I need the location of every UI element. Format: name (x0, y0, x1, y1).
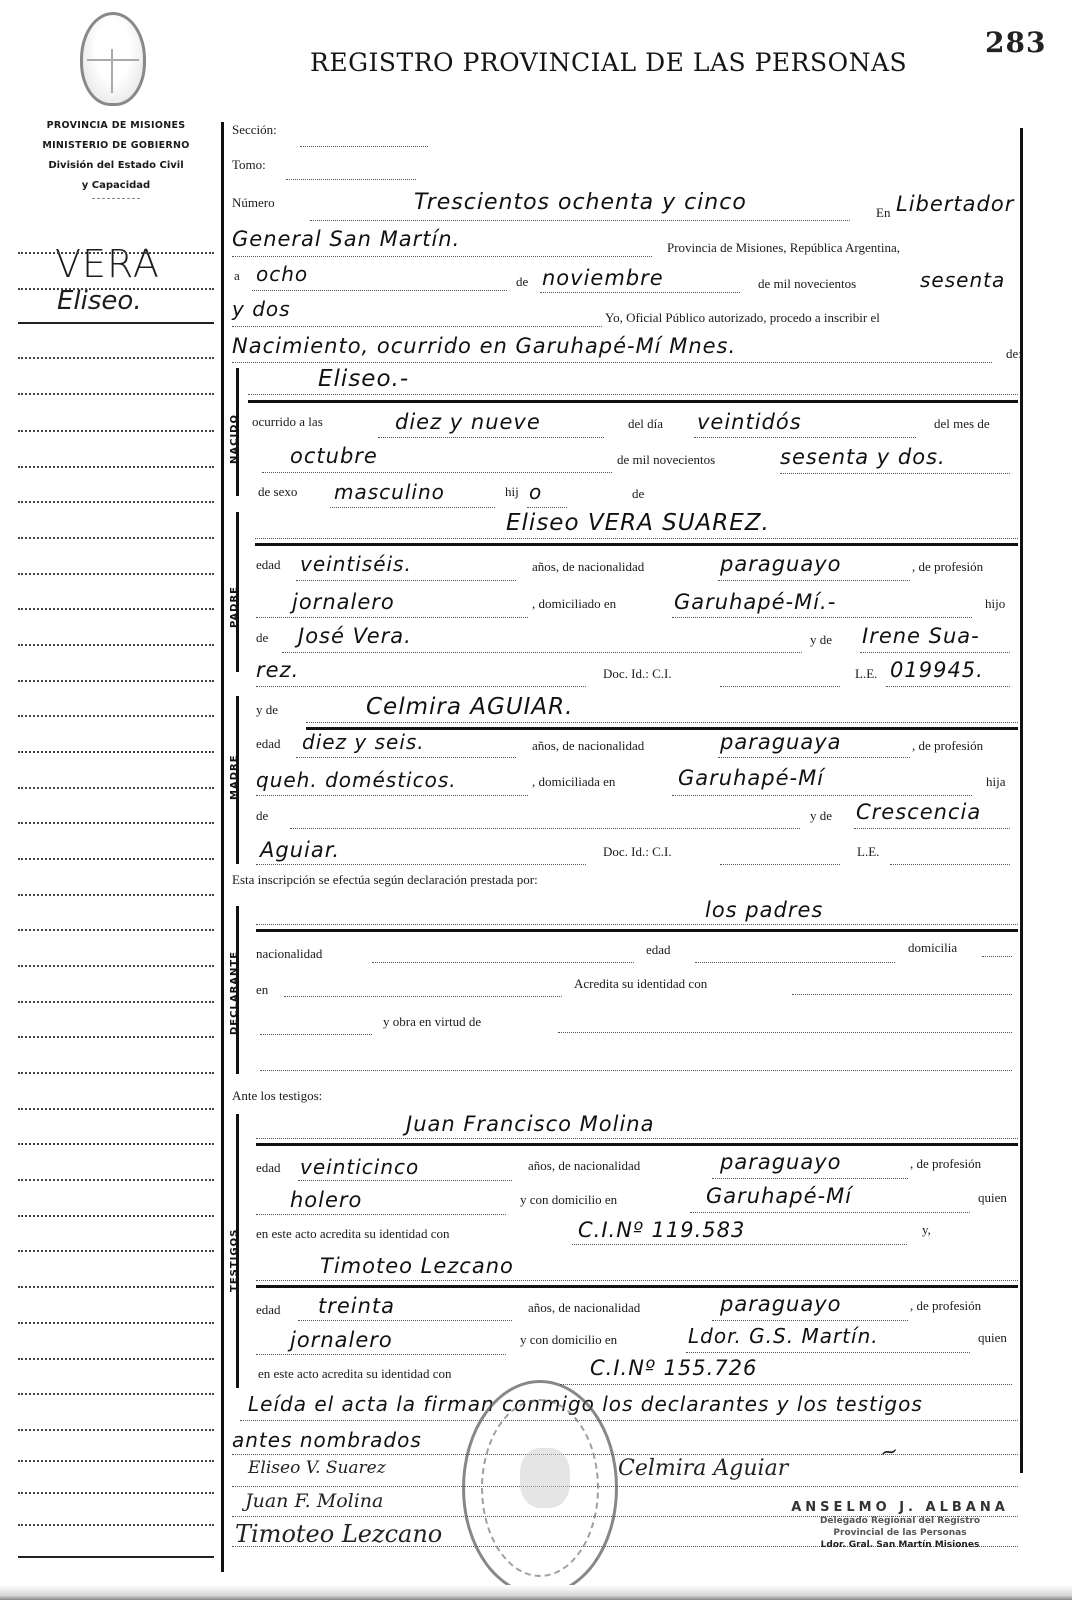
margin-line (18, 1460, 214, 1462)
coat-of-arms-icon (80, 12, 146, 106)
declarant-identity-label: Acredita su identidad con (574, 976, 707, 992)
paternal-grandfather-value[interactable]: José Vera. (298, 624, 412, 648)
mother-profession-label: , de profesión (912, 738, 983, 754)
child-name-line (248, 394, 1018, 395)
witness2-nationality-label: años, de nacionalidad (528, 1300, 640, 1316)
mother-child-label: hija (986, 774, 1006, 790)
declarant-domicile-label: domicilia (908, 940, 957, 956)
margin-given-name: Eliseo. (57, 286, 142, 316)
margin-line (18, 537, 214, 539)
declarant-identity-field[interactable] (792, 994, 1012, 995)
father-child-label: hijo (985, 596, 1005, 612)
margin-line (18, 573, 214, 575)
numero-value[interactable]: Trescientos ochenta y cinco (414, 190, 747, 215)
margin-line (18, 680, 214, 682)
witness1-identity[interactable]: C.I.Nº 119.583 (578, 1218, 745, 1242)
margin-line (18, 751, 214, 753)
mother-nationality-value[interactable]: paraguaya (720, 730, 842, 754)
father-le-line (886, 686, 1010, 687)
margin-line (18, 430, 214, 432)
witness2-name[interactable]: Timoteo Lezcano (320, 1254, 514, 1278)
paternal-grandfather-line (282, 652, 802, 653)
witness1-nationality-line (712, 1178, 908, 1179)
testigos-intro: Ante los testigos: (232, 1088, 322, 1104)
witness2-profession-line (256, 1354, 506, 1355)
margin-line (18, 929, 214, 931)
witness2-domicile[interactable]: Ldor. G.S. Martín. (688, 1324, 879, 1348)
margin-line (18, 1072, 214, 1074)
declarant-nationality-field[interactable] (372, 962, 634, 963)
birth-year-label: de mil novecientos (617, 452, 715, 468)
mother-y-de-label: y de (256, 702, 278, 718)
witness2-quien-label: quien (978, 1330, 1007, 1346)
witness2-domicile-label: y con domicilio en (520, 1332, 617, 1348)
margin-line (18, 1179, 214, 1181)
numero-label: Número (232, 195, 275, 211)
margin-line (18, 288, 214, 290)
declarant-virtue-field[interactable] (558, 1032, 1012, 1033)
closing-line-2: antes nombrados (232, 1428, 422, 1452)
maternal-grandmother-line (854, 828, 1010, 829)
margin-line (18, 1524, 214, 1526)
mother-y-de-label-2: y de (810, 808, 832, 824)
mother-name-line (306, 722, 1018, 723)
right-border (1020, 128, 1023, 1473)
witness2-age-line (298, 1320, 512, 1321)
margin-line (18, 858, 214, 860)
margin-line (18, 1143, 214, 1145)
nacido-section-label: NACIDO (229, 414, 240, 464)
maternal-grandmother-line-2 (256, 864, 586, 865)
margin-line (18, 322, 214, 324)
month-value[interactable]: noviembre (542, 266, 664, 290)
margin-line (18, 501, 214, 503)
divider (92, 198, 140, 200)
divider (256, 929, 1018, 932)
father-domicile-label: , domiciliado en (532, 596, 616, 612)
year-field-line (232, 326, 602, 327)
mother-age-label: edad (256, 736, 281, 752)
witness1-domicile[interactable]: Garuhapé-Mí (706, 1184, 852, 1208)
testigos-section-label: TESTIGOS (229, 1229, 240, 1292)
birth-year-value[interactable]: sesenta y dos. (780, 445, 946, 469)
witness1-identity-line (572, 1244, 907, 1245)
father-nationality-line (718, 580, 910, 581)
witness2-profession[interactable]: jornalero (290, 1328, 393, 1352)
official-place: Ldor. Gral. San Martín Misiones (770, 1539, 1030, 1552)
witness1-age-line (298, 1180, 512, 1181)
witness1-age-label: edad (256, 1160, 281, 1176)
child-suffix[interactable]: o (529, 480, 542, 504)
locality-value-1[interactable]: Libertador (896, 192, 1014, 216)
month-field-line (540, 292, 740, 293)
hour-value[interactable]: diez y nueve (395, 410, 541, 434)
month-label: del mes de (934, 416, 990, 432)
father-profession-value[interactable]: jornalero (292, 590, 395, 614)
signature-witness-1: Juan F. Molina (245, 1490, 383, 1512)
official-role-2: Provincial de las Personas (770, 1527, 1030, 1539)
mother-ci-field[interactable] (720, 864, 840, 865)
child-suffix-line (527, 507, 567, 508)
margin-line (18, 1001, 214, 1003)
father-domicile-value[interactable]: Garuhapé-Mí.- (674, 590, 836, 614)
de-label: de (632, 486, 644, 502)
witness1-nationality[interactable]: paraguayo (720, 1150, 842, 1174)
father-age-label: edad (256, 557, 281, 573)
witness2-domicile-line (686, 1352, 970, 1353)
witness1-domicile-line (690, 1212, 970, 1213)
de-colon-label: de: (1006, 346, 1022, 362)
father-domicile-line (672, 617, 972, 618)
signature-mother: Celmira Aguiar (618, 1456, 788, 1481)
witness1-domicile-label: y con domicilio en (520, 1192, 617, 1208)
birth-year-line (780, 473, 1010, 474)
year-label: de mil novecientos (758, 276, 856, 292)
agency-capacity: y Capacidad (18, 176, 214, 196)
margin-line (18, 1108, 214, 1110)
witness2-name-line (256, 1280, 1018, 1281)
tomo-field[interactable] (286, 179, 416, 180)
father-nationality-value[interactable]: paraguayo (720, 552, 842, 576)
paternal-grandmother-line-2 (256, 686, 586, 687)
witness1-profession[interactable]: holero (290, 1188, 362, 1212)
document-title: REGISTRO PROVINCIAL DE LAS PERSONAS (310, 48, 907, 77)
father-doc-label: Doc. Id.: C.I. (603, 666, 672, 682)
witness1-age[interactable]: veinticinco (300, 1155, 419, 1179)
declarante-section-label: DECLARANTE (229, 951, 240, 1035)
mother-le-field[interactable] (890, 864, 1010, 865)
divider (248, 400, 1018, 403)
margin-line (18, 252, 214, 254)
father-y-de-label: y de (810, 632, 832, 648)
en-label: En (876, 205, 890, 221)
divider (255, 543, 1018, 546)
margin-line (18, 715, 214, 717)
declarant-extra-field[interactable] (260, 1034, 372, 1035)
father-ci-field[interactable] (720, 686, 840, 687)
margin-surname: VERA (55, 242, 160, 286)
margin-line (18, 894, 214, 896)
witness1-profession-line (256, 1214, 506, 1215)
maternal-grandfather-field[interactable] (290, 828, 800, 829)
father-de-label: de (256, 630, 268, 646)
signature-witness-2: Timoteo Lezcano (235, 1520, 442, 1548)
mother-domicile-line (672, 795, 972, 796)
maternal-grandmother-value-1[interactable]: Crescencia (856, 800, 981, 824)
birth-month-value[interactable]: octubre (290, 444, 378, 468)
father-profession-label: , de profesión (912, 559, 983, 575)
father-nationality-label: años, de nacionalidad (532, 559, 644, 575)
mother-profession-line (256, 795, 528, 796)
mother-de-label: de (256, 808, 268, 824)
act-field-line (232, 362, 992, 363)
witness2-age-label: edad (256, 1302, 281, 1318)
paternal-grandmother-value-1[interactable]: Irene Sua- (862, 624, 980, 648)
year-value-1[interactable]: sesenta (920, 268, 1005, 292)
day-value[interactable]: ocho (256, 262, 308, 286)
closing-line-2-rule (232, 1454, 1018, 1455)
official-text: Yo, Oficial Público autorizado, procedo … (605, 310, 880, 326)
witness2-age[interactable]: treinta (318, 1294, 395, 1318)
margin-line (18, 1556, 214, 1558)
divider (256, 1143, 1018, 1146)
seal-emblem-icon (520, 1448, 570, 1508)
mother-nationality-line (718, 757, 910, 758)
day-label: del día (628, 416, 663, 432)
agency-block: PROVINCIA DE MISIONES MINISTERIO DE GOBI… (18, 116, 214, 200)
margin-line (18, 787, 214, 789)
official-signature: ~ (878, 1438, 901, 1466)
father-le-value[interactable]: 019945. (890, 658, 984, 682)
declarant-nationality-label: nacionalidad (256, 946, 322, 962)
declarant-en-label: en (256, 982, 268, 998)
province-text: Provincia de Misiones, República Argenti… (667, 240, 900, 256)
declarant-domicile-field[interactable] (982, 956, 1012, 957)
sex-label: de sexo (258, 484, 297, 500)
declarant-age-field[interactable] (695, 962, 895, 963)
child-label: hij (505, 484, 519, 500)
paternal-grandmother-value-2[interactable]: rez. (256, 658, 299, 682)
closing-line-1-rule (240, 1420, 1018, 1421)
father-profession-line (256, 617, 528, 618)
mother-doc-label: Doc. Id.: C.I. (603, 844, 672, 860)
act-value[interactable]: Nacimiento, ocurrido en Garuhapé-Mí Mnes… (232, 334, 736, 358)
hour-label: ocurrido a las (252, 414, 323, 430)
witness2-nationality-line (712, 1320, 908, 1321)
margin-line (18, 466, 214, 468)
witness2-profession-label: , de profesión (910, 1298, 981, 1314)
signature-father: Eliseo V. Suarez (248, 1458, 386, 1478)
margin-line (18, 1286, 214, 1288)
numero-field-line (310, 220, 850, 221)
margin-line (18, 1322, 214, 1324)
day-field-line (252, 290, 507, 291)
year-value-2[interactable]: y dos (232, 297, 291, 321)
de-label: de (516, 274, 528, 290)
witness1-profession-label: , de profesión (910, 1156, 981, 1172)
declarante-intro: Esta inscripción se efectúa según declar… (232, 872, 538, 888)
seccion-label: Sección: (232, 122, 277, 138)
mother-le-label: L.E. (857, 844, 879, 860)
sex-value[interactable]: masculino (334, 480, 445, 504)
margin-line (18, 1036, 214, 1038)
madre-section-label: MADRE (229, 754, 240, 800)
declarant-name-line (256, 924, 1018, 925)
margin-line (18, 822, 214, 824)
father-le-label: L.E. (855, 666, 877, 682)
agency-province: PROVINCIA DE MISIONES (18, 116, 214, 136)
father-age-value[interactable]: veintiséis. (300, 552, 412, 576)
paternal-grandmother-line (860, 652, 1010, 653)
margin-divider (221, 122, 224, 1572)
sex-field-line (330, 507, 495, 508)
margin-line (18, 1358, 214, 1360)
margin-line (18, 1492, 214, 1494)
page-number: 283 (985, 26, 1046, 59)
margin-line (18, 1393, 214, 1395)
birth-day-value[interactable]: veintidós (697, 410, 802, 434)
official-role-1: Delegado Regional del Registro (770, 1515, 1030, 1527)
declarant-age-label: edad (646, 942, 671, 958)
birth-month-line (262, 472, 612, 473)
page-edge (0, 1585, 1072, 1600)
witness1-identity-label: en este acto acredita su identidad con (256, 1226, 449, 1242)
father-age-line (296, 580, 516, 581)
agency-division: División del Estado Civil (18, 156, 214, 176)
margin-line (18, 357, 214, 359)
mother-profession-value[interactable]: queh. domésticos. (256, 768, 457, 792)
witness1-end-label: y, (922, 1222, 931, 1238)
child-name-value[interactable]: Eliseo.- (318, 366, 409, 392)
locality-field-line (232, 256, 652, 257)
signature-line-1 (232, 1486, 1018, 1487)
seccion-field[interactable] (300, 146, 428, 147)
mother-age-value[interactable]: diez y seis. (302, 730, 425, 754)
hour-field-line (378, 437, 604, 438)
official-stamp: ANSELMO J. ALBANA Delegado Regional del … (770, 1500, 1030, 1552)
margin-line (18, 1429, 214, 1431)
witness2-identity[interactable]: C.I.Nº 155.726 (590, 1356, 757, 1380)
father-name-line (255, 538, 1018, 539)
witness2-identity-line (560, 1384, 1012, 1385)
declarant-en-field[interactable] (284, 996, 562, 997)
declarant-virtue-label: y obra en virtud de (383, 1014, 481, 1030)
margin-line (18, 644, 214, 646)
father-name-value[interactable]: Eliseo VERA SUAREZ. (506, 510, 770, 536)
margin-line (18, 965, 214, 967)
declarant-extra-line[interactable] (260, 1070, 1012, 1071)
divider (256, 1285, 1018, 1288)
birth-day-line (694, 437, 916, 438)
mother-nationality-label: años, de nacionalidad (532, 738, 644, 754)
maternal-grandmother-value-2[interactable]: Aguiar. (260, 838, 340, 862)
declarant-name-value[interactable]: los padres (705, 898, 823, 922)
mother-domicile-value[interactable]: Garuhapé-Mí (678, 766, 824, 790)
witness1-quien-label: quien (978, 1190, 1007, 1206)
margin-line (18, 1215, 214, 1217)
mother-domicile-label: , domiciliada en (532, 774, 615, 790)
margin-line (18, 1250, 214, 1252)
official-name: ANSELMO J. ALBANA (770, 1500, 1030, 1515)
mother-age-line (296, 757, 516, 758)
locality-value-2[interactable]: General San Martín. (232, 227, 460, 251)
witness2-identity-label: en este acto acredita su identidad con (258, 1366, 451, 1382)
witness1-name-line (256, 1138, 1018, 1139)
tomo-label: Tomo: (232, 157, 266, 173)
agency-ministry: MINISTERIO DE GOBIERNO (18, 136, 214, 156)
witness1-nationality-label: años, de nacionalidad (528, 1158, 640, 1174)
witness2-nationality[interactable]: paraguayo (720, 1292, 842, 1316)
mother-name-value[interactable]: Celmira AGUIAR. (366, 694, 573, 720)
margin-line (18, 608, 214, 610)
margin-line (18, 393, 214, 395)
witness1-name[interactable]: Juan Francisco Molina (406, 1112, 654, 1136)
padre-section-label: PADRE (229, 586, 240, 628)
a-label: a (234, 268, 240, 284)
